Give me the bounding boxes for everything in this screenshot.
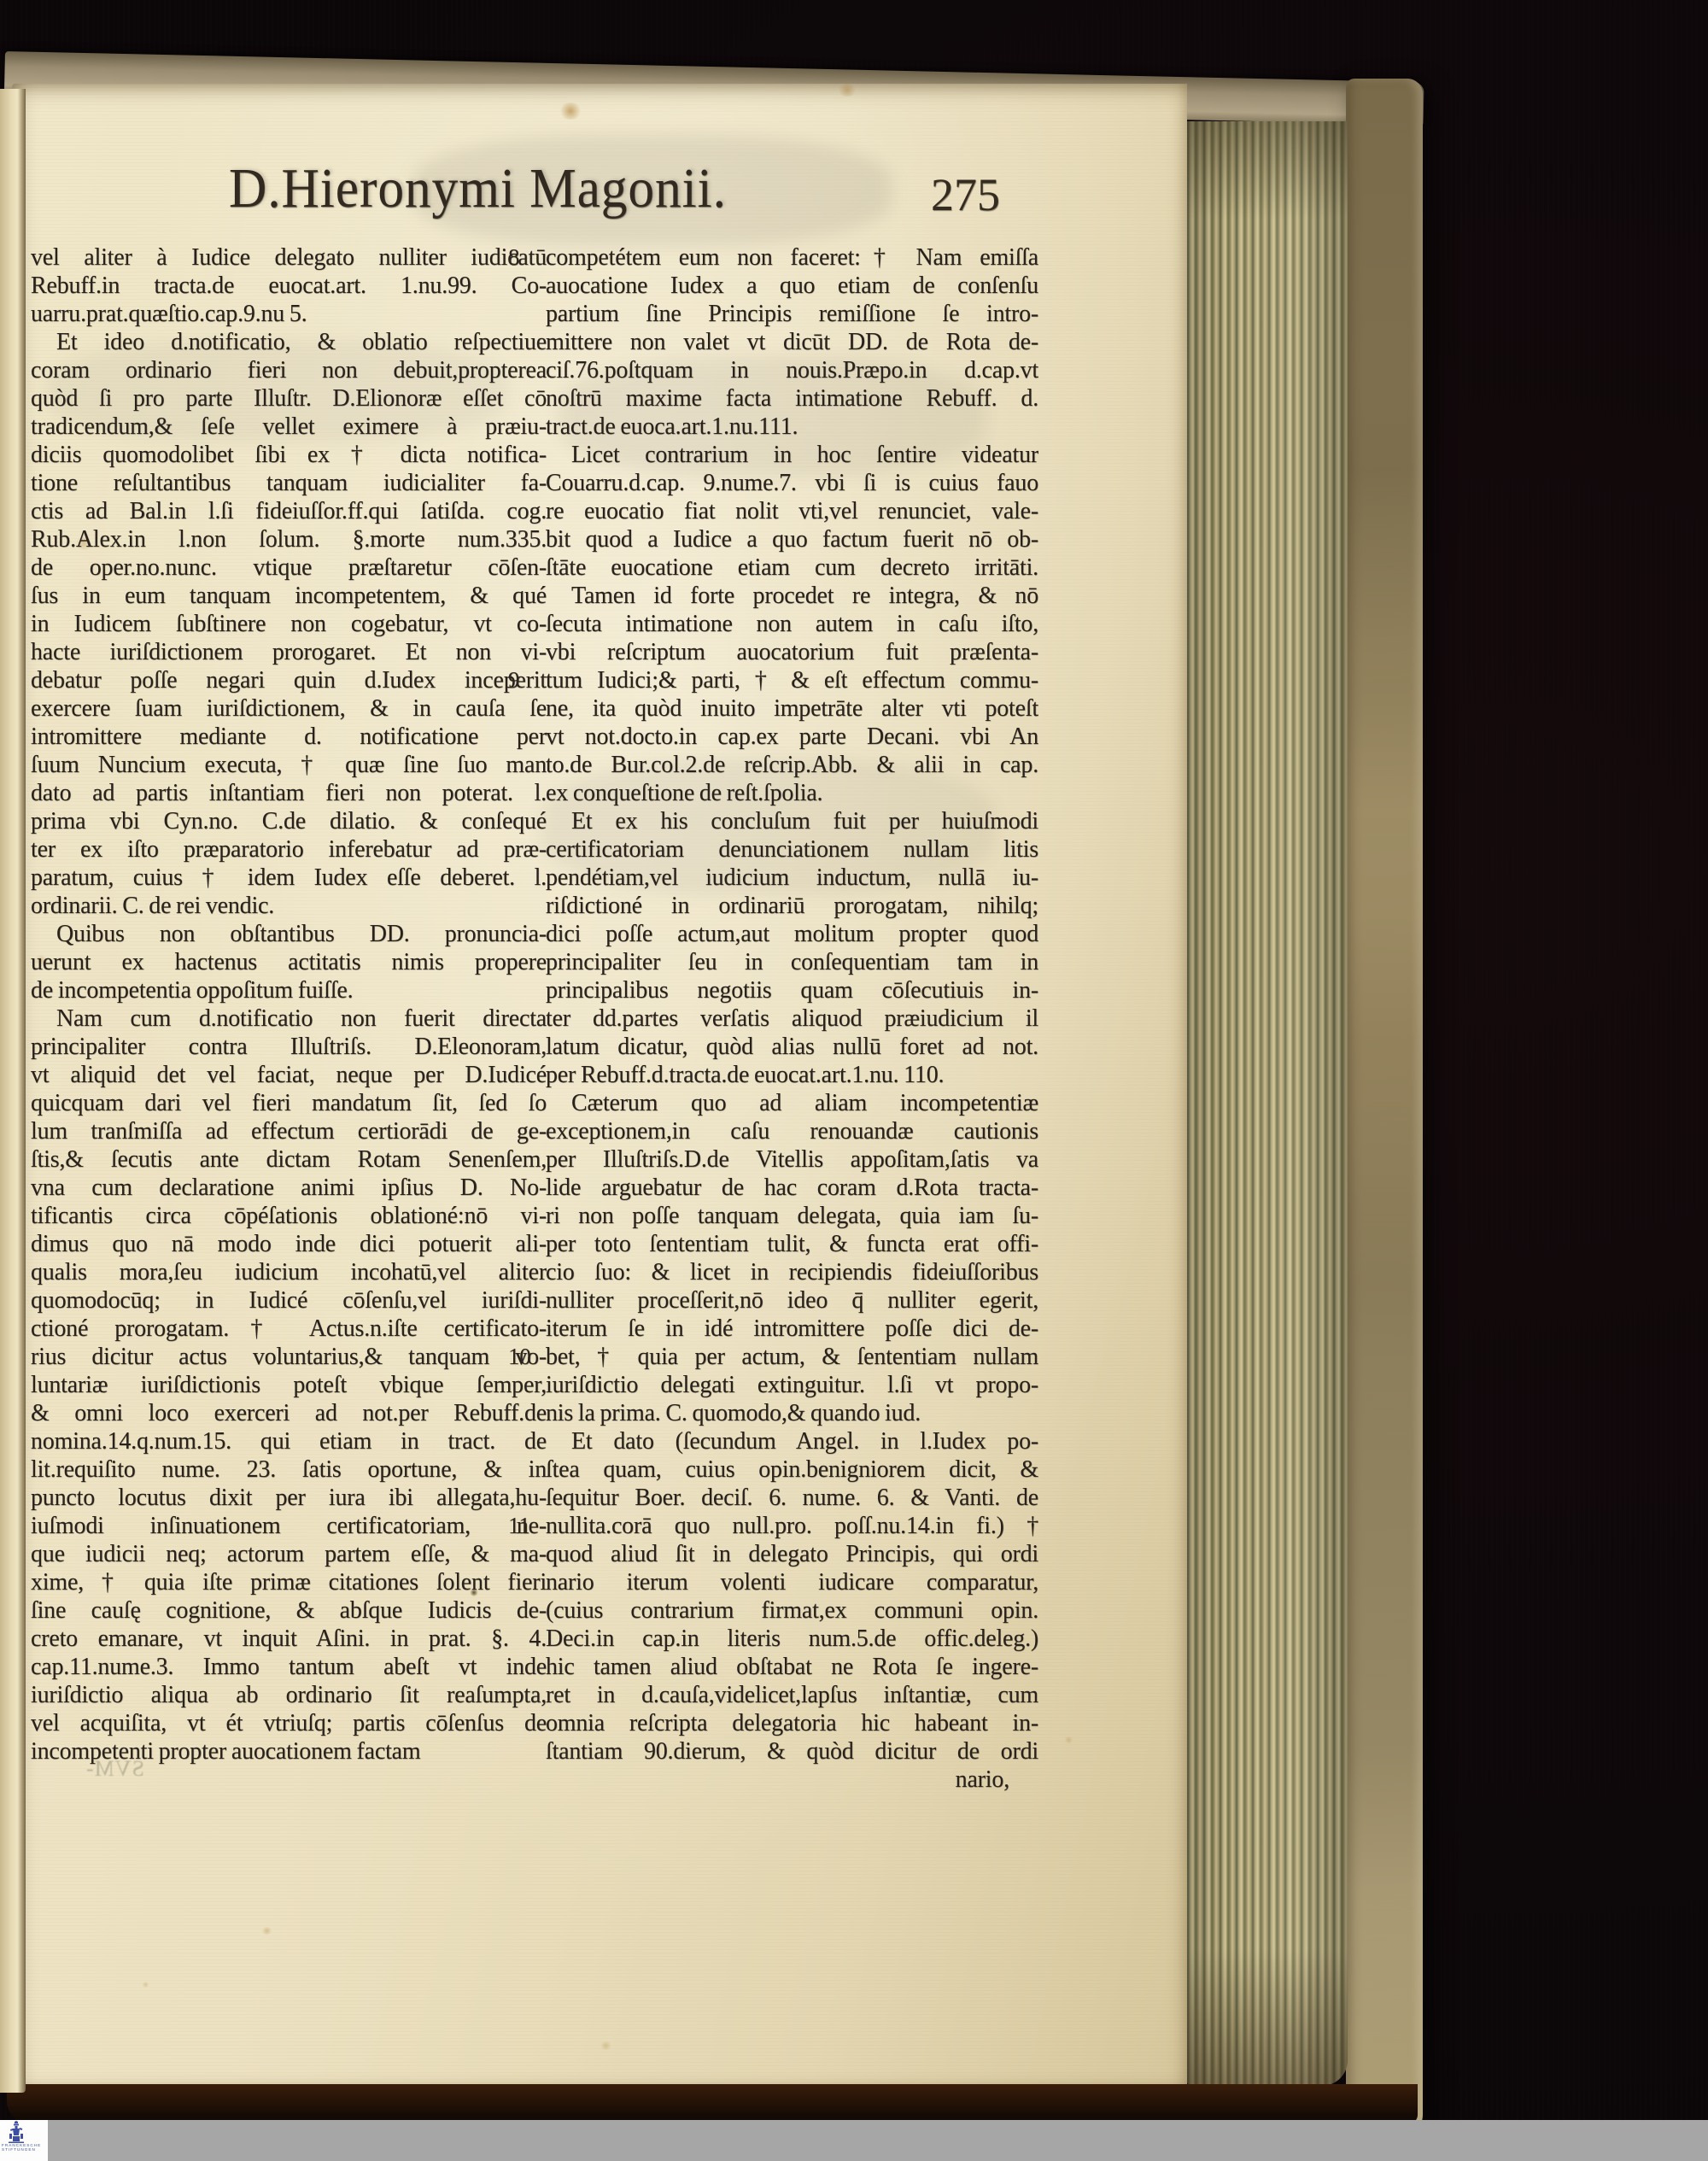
text-line: Rebuff.in tracta.de euocat.art. 1.nu.99.…	[31, 272, 547, 300]
text-line: paratum, cuius † idem Iudex eſſe deberet…	[31, 864, 547, 892]
text-line: qualis mora,ſeu iudicium incohatū,vel al…	[31, 1258, 547, 1286]
catchword: nario,	[546, 1766, 1038, 1794]
text-line: luntariæ iuriſdictionis poteſt vbique ſe…	[31, 1371, 547, 1399]
text-line: Cæterum quo ad aliam incompetentiæ	[546, 1089, 1038, 1117]
bleedthrough-ghost-text: SVM-	[85, 1756, 144, 1782]
book-cover-edge	[1346, 79, 1423, 2137]
text-line: mittere non valet vt dicūt DD. de Rota d…	[546, 328, 1038, 356]
text-line: Tamen id forte procedet re integra, & nō	[546, 582, 1038, 610]
text-line: ciſ.76.poſtquam in nouis.Præpo.in d.cap.…	[546, 356, 1038, 384]
text-line: per Rebuff.d.tracta.de euocat.art.1.nu. …	[546, 1061, 1038, 1089]
text-line: vel aliter à Iudice delegato nulliter iu…	[31, 243, 547, 272]
text-line: diciis quomodolibet ſibi ex † dicta noti…	[31, 441, 547, 469]
foxing-spot	[837, 84, 857, 97]
franckesche-stiftungen-logo	[9, 2121, 24, 2143]
text-line: competétem eum non faceret:† Nam emiſſa	[546, 243, 1038, 272]
text-line: quicquam dari vel fieri mandatum ſit, ſe…	[31, 1089, 547, 1117]
text-line: nario iterum volenti iudicare comparatur…	[546, 1568, 1038, 1596]
text-line: tum Iudici;& parti, † & eſt effectum com…	[546, 666, 1038, 694]
adjacent-page-sliver	[0, 89, 26, 2093]
text-line: hic tamen aliud obſtabat ne Rota ſe inge…	[546, 1653, 1038, 1681]
text-line: & omni loco exerceri ad not.per Rebuff.d…	[31, 1399, 547, 1427]
foxing-spot	[142, 1982, 149, 1988]
text-line: vt not.docto.in cap.ex parte Decani. vbi…	[546, 723, 1038, 751]
text-line: cio ſuo: & licet in recipiendis fideiuſſ…	[546, 1258, 1038, 1286]
text-line: ordinarii. C. de rei vendic.	[31, 892, 547, 920]
text-line: Et ex his concluſum fuit per huiuſmodi	[546, 807, 1038, 835]
text-line: nomina.14.q.num.15. qui etiam in tract. …	[31, 1427, 547, 1455]
text-line: re euocatio fiat nolit vti,vel renunciet…	[546, 497, 1038, 525]
text-line: in Iudicem ſubſtinere non cogebatur, vt …	[31, 610, 547, 638]
text-line: bet, † quia per actum, & ſententiam null…	[546, 1343, 1038, 1371]
text-line: to.de Bur.col.2.de reſcrip.Abb. & alii i…	[546, 751, 1038, 779]
text-line: dimus quo nā modo inde dici potuerit ali…	[31, 1230, 547, 1258]
text-line: uerunt ex hactenus actitatis nimis prope…	[31, 948, 547, 976]
text-line: hacte iuriſdictionem prorogaret. Et non …	[31, 638, 547, 666]
foxing-spot	[559, 102, 582, 120]
text-line: ſtantiam 90.dierum, & quòd dicitur de or…	[546, 1737, 1038, 1766]
text-line: ſtāte euocatione etiam cum decreto irrit…	[546, 553, 1038, 582]
text-line: creto emanare, vt inquit Aſini. in prat.…	[31, 1625, 547, 1653]
text-line: vbi reſcriptum auocatorium fuit præſenta…	[546, 638, 1038, 666]
foxing-spot	[1064, 1736, 1073, 1743]
text-line: coram ordinario fieri non debuit,propter…	[31, 356, 547, 384]
text-line: iterum ſe in idé intromittere poſſe dici…	[546, 1315, 1038, 1343]
text-line: ſus in eum tanquam incompetentem, & qué	[31, 582, 547, 610]
text-line: de oper.no.nunc. vtique præſtaretur cōſe…	[31, 553, 547, 582]
text-line: noſtrū maxime facta intimatione Rebuff. …	[546, 384, 1038, 413]
text-line: tificantis circa cōpéſationis oblationé:…	[31, 1202, 547, 1230]
text-line: debatur poſſe negari quin d.Iudex incepe…	[31, 666, 547, 694]
text-line: tione reſultantibus tanquam iudicialiter…	[31, 469, 547, 497]
text-line: per Illuſtriſs.D.de Vitellis appoſitam,ſ…	[546, 1145, 1038, 1174]
text-line: intromittere mediante d. notificatione p…	[31, 723, 547, 751]
text-line: ſine cauſę cognitione, & abſque Iudicis …	[31, 1596, 547, 1625]
text-line: Rub.Alex.in l.non ſolum. §.morte num.335…	[31, 525, 547, 553]
text-line: dato ad partis inſtantiam fieri non pote…	[31, 779, 547, 807]
text-line: lum tranſmiſſa ad effectum certiorādi de…	[31, 1117, 547, 1145]
text-line: ſequitur Boer. deciſ. 6. nume. 6. & Vant…	[546, 1484, 1038, 1512]
text-line: prima vbi Cyn.no. C.de dilatio. & conſeq…	[31, 807, 547, 835]
text-line: vna cum declaratione animi ipſius D. No-	[31, 1174, 547, 1202]
text-line: lide arguebatur de hac coram d.Rota trac…	[546, 1174, 1038, 1202]
text-column-right: competétem eum non faceret:† Nam emiſſaa…	[546, 243, 1038, 1794]
text-line: ſuum Nuncium executa, † quæ ſine ſuo man	[31, 751, 547, 779]
text-line: tract.de euoca.art.1.nu.111.	[546, 413, 1038, 441]
text-line: ſtea quam, cuius opin.benigniorem dicit,…	[546, 1455, 1038, 1484]
text-line: cap.11.nume.3. Immo tantum abeſt vt inde	[31, 1653, 547, 1681]
text-line: principaliter contra Illuſtriſs. D.Eleon…	[31, 1033, 547, 1061]
text-line: iuriſdictio aliqua ab ordinario ſit reaſ…	[31, 1681, 547, 1709]
text-line: Licet contrarium in hoc ſentire videatur	[546, 441, 1038, 469]
margin-number: 10	[508, 1343, 541, 1371]
text-line: iuriſdictio delegati extinguitur. l.ſi v…	[546, 1371, 1038, 1399]
text-line: Et dato (ſecundum Angel. in l.Iudex po-	[546, 1427, 1038, 1455]
text-line: nulliter proceſſerit,nō ideo q̄ nulliter…	[546, 1286, 1038, 1315]
text-line: ter dd.partes verſatis aliquod præiudici…	[546, 1004, 1038, 1033]
page-number: 275	[931, 161, 1000, 229]
text-line: nullita.corā quo null.pro. poſſ.nu.14.in…	[546, 1512, 1038, 1540]
text-line: vt aliquid det vel faciat, neque per D.I…	[31, 1061, 547, 1089]
text-line: riſdictioné in ordinariū prorogatam, nih…	[546, 892, 1038, 920]
text-line: Nam cum d.notificatio non fuerit directa	[31, 1004, 547, 1033]
text-line: Quibus non obſtantibus DD. pronuncia-	[31, 920, 547, 948]
text-line: partium ſine Principis remiſſione ſe int…	[546, 300, 1038, 328]
text-column-left: vel aliter à Iudice delegato nulliter iu…	[31, 243, 547, 1766]
text-line: uarru.prat.quæſtio.cap.9.nu 5.	[31, 300, 547, 328]
text-line: tradicendum,& ſeſe vellet eximere à præi…	[31, 413, 547, 441]
text-line: xime, † quia iſte primæ citationes ſolen…	[31, 1568, 547, 1596]
text-line: certificatoriam denunciationem nullam li…	[546, 835, 1038, 864]
text-line: quod aliud ſit in delegato Principis, qu…	[546, 1540, 1038, 1568]
text-line: exercere ſuam iuriſdictionem, & in cauſa…	[31, 694, 547, 723]
text-line: puncto locutus dixit per iura ibi allega…	[31, 1484, 547, 1512]
text-line: que iudicii neq; actorum partem eſſe, & …	[31, 1540, 547, 1568]
text-line: principalibus negotiis quam cōſecutiuis …	[546, 976, 1038, 1004]
text-line: ri non poſſe tanquam delegata, quia iam …	[546, 1202, 1038, 1230]
text-line: dici poſſe actum,aut molitum propter quo…	[546, 920, 1038, 948]
book-fore-edge-pages	[1184, 121, 1348, 2086]
foxing-spot	[261, 1927, 272, 1935]
text-line: principaliter ſeu in conſequentiam tam i…	[546, 948, 1038, 976]
text-line: ne, ita quòd inuito impetrāte alter vti …	[546, 694, 1038, 723]
text-line: Couarru.d.cap. 9.nume.7. vbi ſi is cuius…	[546, 469, 1038, 497]
text-line: rius dicitur actus voluntarius,& tanquam…	[31, 1343, 547, 1371]
margin-number: 11	[508, 1512, 541, 1540]
text-line: pendétiam,vel iudicium inductum, nullā i…	[546, 864, 1038, 892]
text-line: lit.requiſito nume. 23. ſatis oportune, …	[31, 1455, 547, 1484]
text-line: ſecuta intimatione non autem in caſu iſt…	[546, 610, 1038, 638]
stamp-text-line2: STIFTUNGEN	[2, 2147, 36, 2152]
text-line: latum dicatur, quòd alias nullū foret ad…	[546, 1033, 1038, 1061]
text-line: bit quod a Iudice a quo factum fuerit nō…	[546, 525, 1038, 553]
text-line: Deci.in cap.in literis num.5.de offic.de…	[546, 1625, 1038, 1653]
text-line: exceptionem,in caſu renouandæ cautionis	[546, 1117, 1038, 1145]
text-line: vel acquiſita, vt ét vtriuſq; partis cōſ…	[31, 1709, 547, 1737]
text-line: per toto ſententiam tulit, & functa erat…	[546, 1230, 1038, 1258]
margin-number: 8	[508, 243, 541, 272]
foxing-spot	[600, 2041, 612, 2050]
text-line: quomodocūq; in Iudicé cōſenſu,vel iuriſd…	[31, 1286, 547, 1315]
text-line: ſtis,& ſecutis ante dictam Rotam Senenſe…	[31, 1145, 547, 1174]
library-stamp: FRANCKESCHE STIFTUNGEN	[0, 2120, 48, 2161]
text-line: de incompetentia oppoſitum fuiſſe.	[31, 976, 547, 1004]
book-page: D.Hieronymi Magonii. 275 vel aliter à Iu…	[12, 84, 1187, 2093]
text-line: nis la prima. C. quomodo,& quando iud.	[546, 1399, 1038, 1427]
book-bottom-shadow	[7, 2084, 1418, 2123]
text-line: ctioné prorogatam.† Actus.n.iſte certifi…	[31, 1315, 547, 1343]
text-line: quòd ſi pro parte Illuſtr. D.Elionoræ eſ…	[31, 384, 547, 413]
scanned-book-photo: D.Hieronymi Magonii. 275 vel aliter à Iu…	[0, 0, 1708, 2161]
margin-number: 9	[508, 666, 541, 694]
text-line: (cuius contrarium firmat,ex communi opin…	[546, 1596, 1038, 1625]
text-line: ctis ad Bal.in l.ſi fideiuſſor.ff.qui ſa…	[31, 497, 547, 525]
text-line: ex conqueſtione de reſt.ſpolia.	[546, 779, 1038, 807]
scanner-strip: FRANCKESCHE STIFTUNGEN	[0, 2120, 1708, 2161]
text-line: ret in d.cauſa,videlicet,lapſus inſtanti…	[546, 1681, 1038, 1709]
text-line: omnia reſcripta delegatoria hic habeant …	[546, 1709, 1038, 1737]
text-line: Et ideo d.notificatio, & oblatio reſpect…	[31, 328, 547, 356]
text-line: auocatione Iudex a quo etiam de conſenſu	[546, 272, 1038, 300]
text-line: iuſmodi inſinuationem certificatoriam, n…	[31, 1512, 547, 1540]
running-header-title: D.Hieronymi Magonii.	[229, 150, 727, 227]
text-line: ter ex iſto præparatorio inferebatur ad …	[31, 835, 547, 864]
